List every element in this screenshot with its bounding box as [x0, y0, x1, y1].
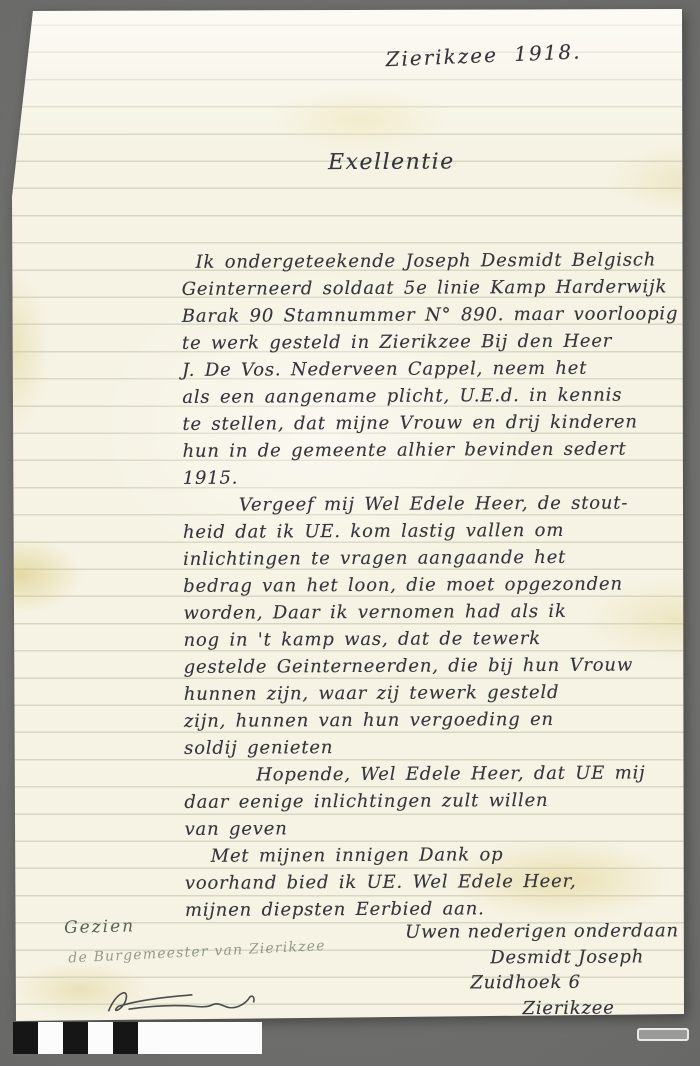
calibration-bar — [138, 1022, 262, 1054]
letter-line: zijn, hunnen van hun vergoeding en — [184, 705, 689, 735]
letter-line: voorhand bied ik UE. Wel Edele Heer, — [185, 867, 690, 897]
closing-line: Desmidt Joseph — [490, 944, 679, 970]
letter-line: soldij genieten — [184, 732, 689, 762]
letter-line: Vergeef mij Wel Edele Heer, de stout- — [183, 489, 688, 519]
closing-line: Zierikzee — [522, 995, 679, 1021]
letter-line: nog in 't kamp was, dat de tewerk — [183, 624, 688, 654]
letter-line: J. De Vos. Nederveen Cappel, neem het — [182, 354, 687, 384]
calibration-square — [113, 1022, 138, 1054]
letter-line: van geven — [184, 813, 689, 843]
letter-body: Ik ondergeteekende Joseph Desmidt Belgis… — [182, 246, 691, 924]
annotation-burgemeester: de Burgemeester van Zierikzee — [68, 937, 344, 966]
closing-line: Zuidhoek 6 — [470, 969, 679, 996]
letter-line: te stellen, dat mijne Vrouw en drij kind… — [182, 408, 687, 438]
letter-line: Barak 90 Stamnummer N° 890. maar voorloo… — [182, 300, 687, 330]
photo-background: Zierikzee 1918. Exellentie Ik ondergetee… — [0, 0, 700, 1066]
letter-line: daar eenige inlichtingen zult willen — [184, 786, 689, 816]
calibration-strip — [13, 1022, 262, 1054]
calibration-square — [63, 1022, 88, 1054]
letter-line: als een aangename plicht, U.E.d. in kenn… — [182, 381, 687, 411]
letter-line: te werk gesteld in Zierikzee Bij den Hee… — [182, 327, 687, 357]
letter-line: Ik ondergeteekende Joseph Desmidt Belgis… — [182, 246, 687, 276]
date-line: Zierikzee 1918. — [385, 39, 582, 71]
letter-line: gestelde Geinterneerden, die bij hun Vro… — [184, 651, 689, 681]
letter-line: Geinterneerd soldaat 5e linie Kamp Harde… — [182, 273, 687, 303]
reviewer-annotation: Gezien de Burgemeester van Zierikzee — [64, 914, 345, 1035]
letter-line: Met mijnen innigen Dank op — [185, 840, 690, 870]
calibration-square — [13, 1022, 38, 1054]
letter-line: worden, Daar ik vernomen had als ik — [183, 597, 688, 627]
letter-line: heid dat ik UE. kom lastig vallen om — [183, 516, 688, 546]
signature-block: Uwen nederigen onderdaanDesmidt JosephZu… — [400, 918, 679, 1021]
calibration-square — [38, 1022, 63, 1054]
letter-paper: Zierikzee 1918. Exellentie Ik ondergetee… — [0, 0, 700, 1066]
letter-line: bedrag van het loon, die moet opgezonden — [183, 570, 688, 600]
letter-line: hunnen zijn, waar zij tewerk gesteld — [184, 678, 689, 708]
salutation: Exellentie — [328, 149, 455, 175]
letter-line: 1915. — [183, 462, 688, 492]
mount-tab — [637, 1028, 689, 1041]
calibration-square — [88, 1022, 113, 1054]
annotation-gezien: Gezien — [64, 912, 344, 938]
letter-line: inlichtingen te vragen aangaande het — [183, 543, 688, 573]
letter-line: Hopende, Wel Edele Heer, dat UE mij — [184, 759, 689, 789]
closing-line: Uwen nederigen onderdaan — [405, 918, 679, 945]
letter-line: hun in de gemeente alhier bevinden seder… — [182, 435, 687, 465]
mayor-signature-flourish — [92, 980, 282, 1023]
paper-shadow: Zierikzee 1918. Exellentie Ik ondergetee… — [0, 0, 700, 1066]
letter-content: Zierikzee 1918. Exellentie Ik ondergetee… — [0, 0, 700, 1066]
